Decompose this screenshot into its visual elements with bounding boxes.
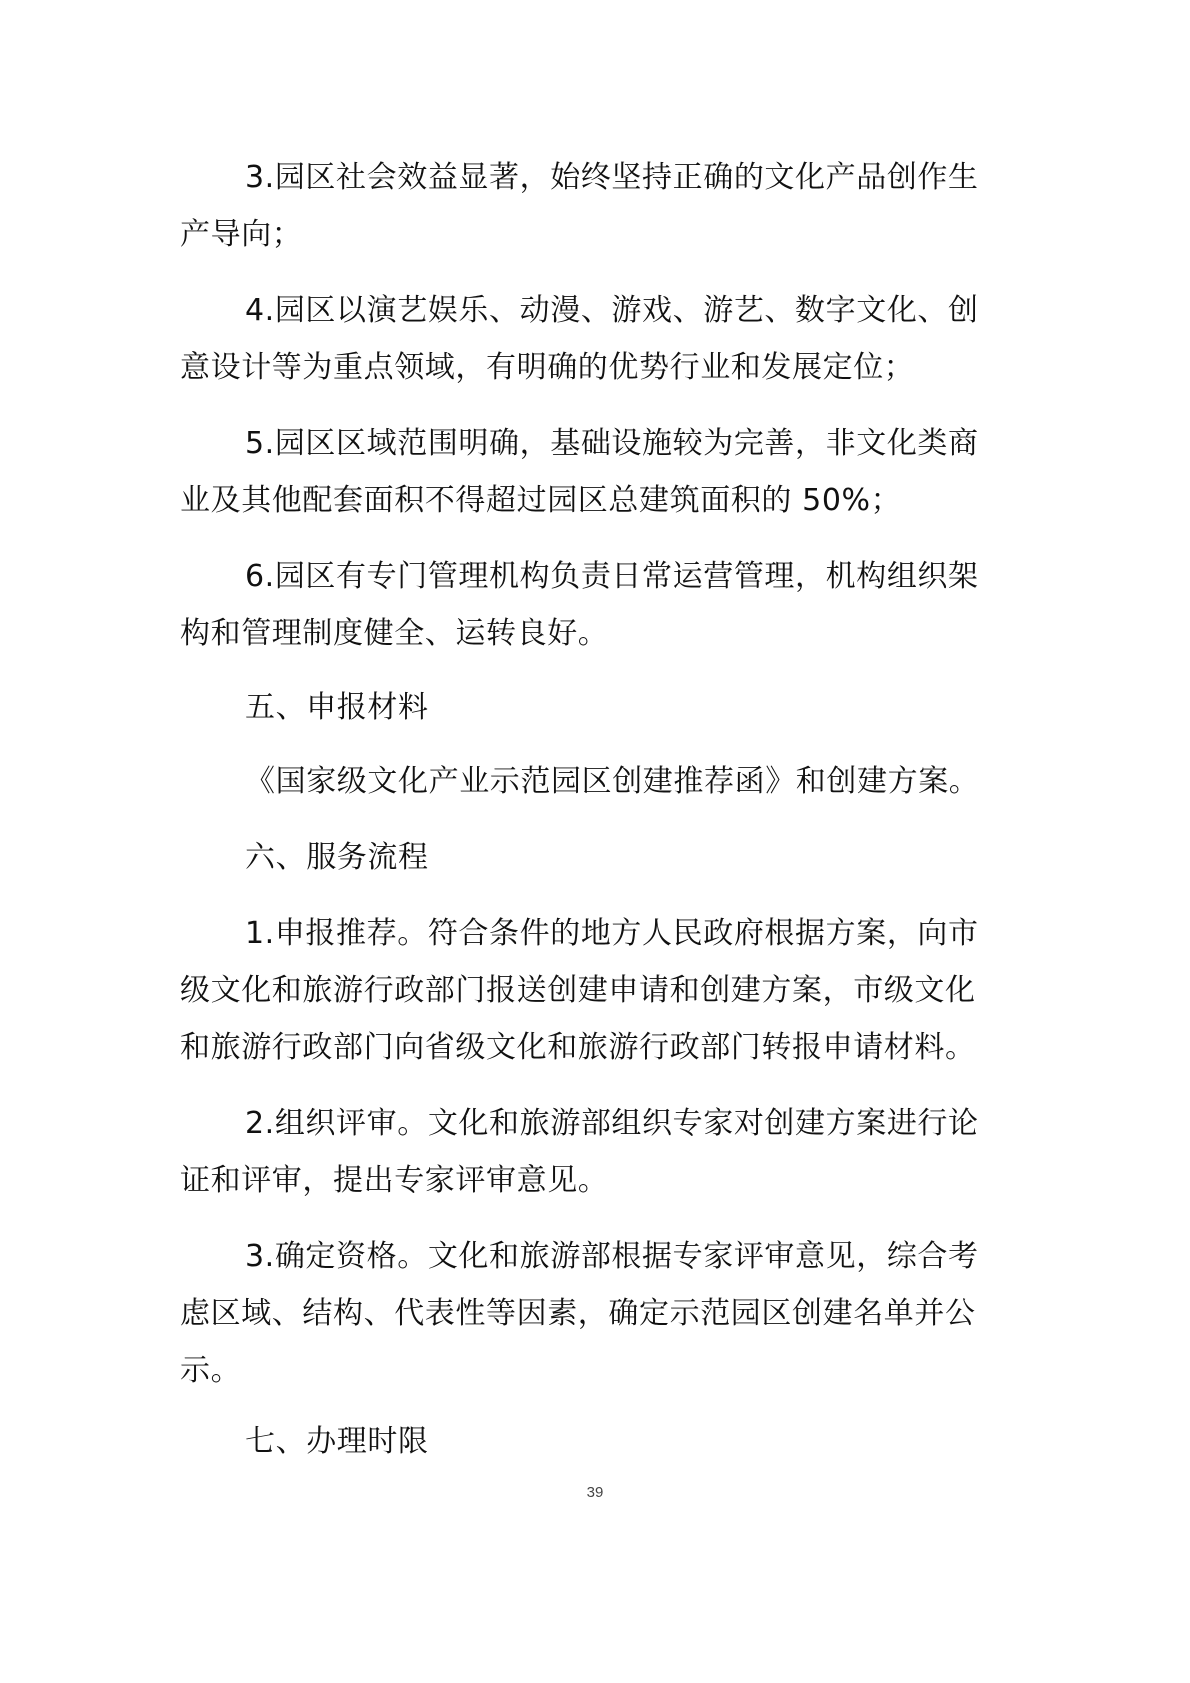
paragraph-line: 5.园区区域范围明确，基础设施较为完善，非文化类商 xyxy=(245,424,1085,464)
paragraph-line: 4.园区以演艺娱乐、动漫、游戏、游艺、数字文化、创 xyxy=(245,291,1085,331)
paragraph-line: 虑区域、结构、代表性等因素，确定示范园区创建名单并公 xyxy=(180,1294,1020,1334)
paragraph-line: 3.园区社会效益显著，始终坚持正确的文化产品创作生 xyxy=(245,158,1085,198)
page-number: 39 xyxy=(0,1484,1190,1501)
paragraph-line: 业及其他配套面积不得超过园区总建筑面积的 50%； xyxy=(180,481,1020,521)
document-page: 3.园区社会效益显著，始终坚持正确的文化产品创作生 产导向； 4.园区以演艺娱乐… xyxy=(0,0,1190,1683)
paragraph-line: 3.确定资格。文化和旅游部根据专家评审意见，综合考 xyxy=(245,1237,1085,1277)
paragraph-line: 构和管理制度健全、运转良好。 xyxy=(180,614,1020,654)
paragraph-line: 2.组织评审。文化和旅游部组织专家对创建方案进行论 xyxy=(245,1104,1085,1144)
paragraph-line: 产导向； xyxy=(180,215,1020,255)
paragraph-line: 级文化和旅游行政部门报送创建申请和创建方案，市级文化 xyxy=(180,971,1020,1011)
section-heading: 七、办理时限 xyxy=(245,1422,1085,1462)
paragraph-line: 证和评审，提出专家评审意见。 xyxy=(180,1161,1020,1201)
paragraph-line: 和旅游行政部门向省级文化和旅游行政部门转报申请材料。 xyxy=(180,1028,1020,1068)
section-heading: 六、服务流程 xyxy=(245,838,1085,878)
paragraph-line: 6.园区有专门管理机构负责日常运营管理，机构组织架 xyxy=(245,557,1085,597)
section-heading: 五、申报材料 xyxy=(245,688,1085,728)
paragraph-line: 《国家级文化产业示范园区创建推荐函》和创建方案。 xyxy=(245,762,1085,802)
paragraph-line: 示。 xyxy=(180,1351,1020,1391)
paragraph-line: 1.申报推荐。符合条件的地方人民政府根据方案，向市 xyxy=(245,914,1085,954)
paragraph-line: 意设计等为重点领域，有明确的优势行业和发展定位； xyxy=(180,348,1020,388)
